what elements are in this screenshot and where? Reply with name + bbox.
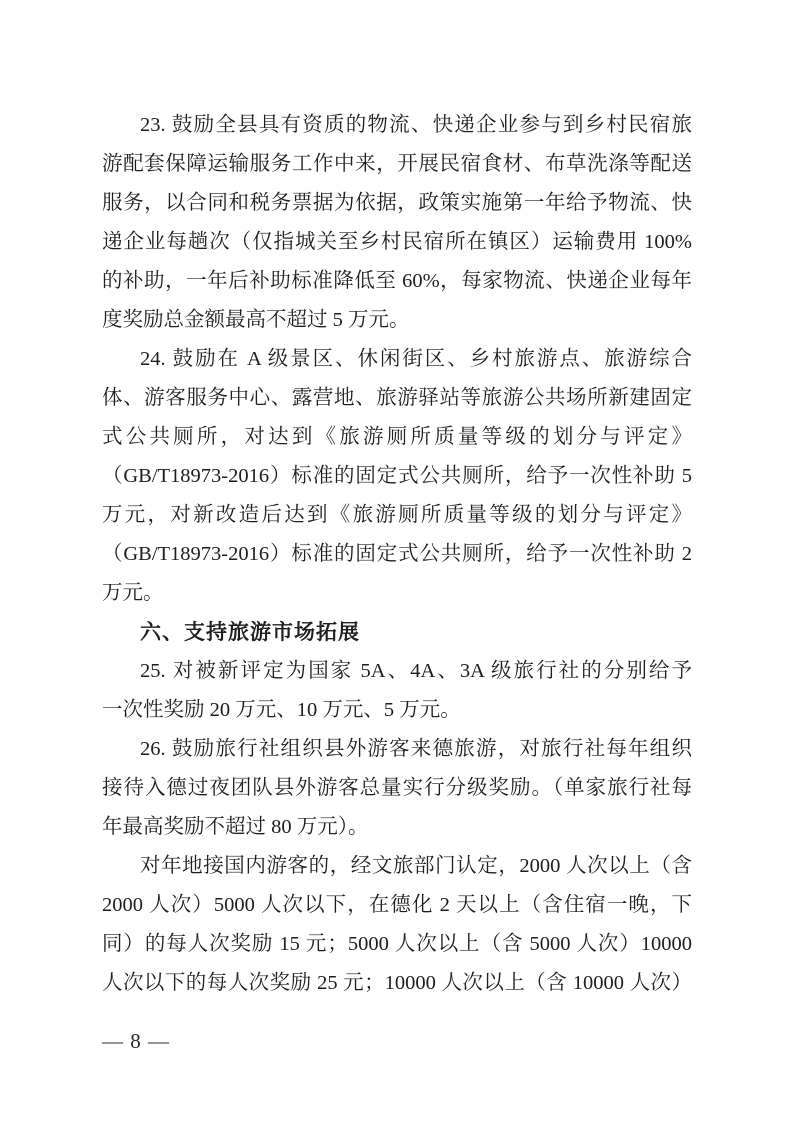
text-line-item-23: 度奖励总金额最高不超过 5 万元。 [102, 301, 692, 340]
document-page: 23. 鼓励全县具有资质的物流、快递企业参与到乡村民宿旅游配套保障运输服务工作中… [0, 0, 794, 1122]
page-number: — 8 — [102, 1028, 170, 1054]
text-line-item-26: 年最高奖励不超过 80 万元）。 [102, 808, 692, 847]
text-line-item-23: 23. 鼓励全县具有资质的物流、快递企业参与到乡村民宿旅 [102, 106, 692, 145]
text-line-item-24: （GB/T18973-2016）标准的固定式公共厕所，给予一次性补助 5 [102, 457, 692, 496]
text-line-item-24: 万元，对新改造后达到《旅游厕所质量等级的划分与评定》 [102, 496, 692, 535]
text-line-item-23: 游配套保障运输服务工作中来，开展民宿食材、布草洗涤等配送 [102, 145, 692, 184]
text-line-item-25: 25. 对被新评定为国家 5A、4A、3A 级旅行社的分别给予 [102, 652, 692, 691]
text-line-item-26-detail: 人次以下的每人次奖励 25 元；10000 人次以上（含 10000 人次） [102, 964, 692, 1003]
section-heading: 六、支持旅游市场拓展 [102, 613, 692, 652]
text-line-item-24: 万元。 [102, 574, 692, 613]
text-line-item-24: 式公共厕所，对达到《旅游厕所质量等级的划分与评定》 [102, 418, 692, 457]
document-body: 23. 鼓励全县具有资质的物流、快递企业参与到乡村民宿旅游配套保障运输服务工作中… [102, 106, 692, 1003]
text-line-item-24: （GB/T18973-2016）标准的固定式公共厕所，给予一次性补助 2 [102, 535, 692, 574]
text-line-item-26-detail: 同）的每人次奖励 15 元；5000 人次以上（含 5000 人次）10000 [102, 925, 692, 964]
text-line-item-23: 服务，以合同和税务票据为依据，政策实施第一年给予物流、快 [102, 184, 692, 223]
text-line-item-26-detail: 2000 人次）5000 人次以下，在德化 2 天以上（含住宿一晚，下 [102, 886, 692, 925]
text-line-item-26: 接待入德过夜团队县外游客总量实行分级奖励。（单家旅行社每 [102, 769, 692, 808]
text-line-item-26: 26. 鼓励旅行社组织县外游客来德旅游，对旅行社每年组织 [102, 730, 692, 769]
text-line-item-24: 体、游客服务中心、露营地、旅游驿站等旅游公共场所新建固定 [102, 379, 692, 418]
text-line-item-24: 24. 鼓励在 A 级景区、休闲街区、乡村旅游点、旅游综合 [102, 340, 692, 379]
text-line-item-23: 递企业每趟次（仅指城关至乡村民宿所在镇区）运输费用 100% [102, 223, 692, 262]
text-line-item-26-detail: 对年地接国内游客的，经文旅部门认定，2000 人次以上（含 [102, 847, 692, 886]
text-line-item-23: 的补助，一年后补助标准降低至 60%，每家物流、快递企业每年 [102, 262, 692, 301]
text-line-item-25: 一次性奖励 20 万元、10 万元、5 万元。 [102, 691, 692, 730]
